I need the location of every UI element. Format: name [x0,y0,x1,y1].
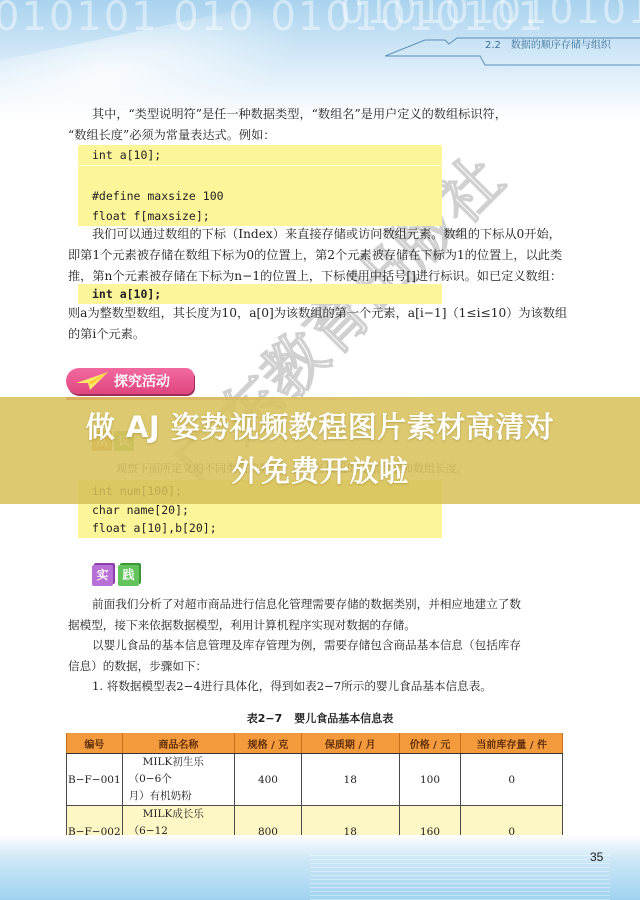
column-header: 保质期 / 月 [301,733,399,754]
code-line: float f[maxsize]; [78,206,442,226]
code-line: float a[10],b[20]; [78,519,442,537]
overlay-title-line: 外免费开放啦 [0,449,640,493]
text-line: 我们可以通过数组的下标（Index）来直接存储或访问数组元素。数组的下标从0开始… [68,224,578,245]
code-block-example-2: int a[10]; [78,284,442,304]
column-header: 编号 [67,733,123,754]
binary-decoration-right: 010101010101 [340,0,640,32]
code-line [78,166,442,186]
paragraph-array-syntax: 其中，“类型说明符”是任一种数据类型，“数组名”是用户定义的数组标识符， “数组… [68,104,578,146]
section-number: 2.2 [485,40,501,51]
paragraph-array-explanation: 则a为整数型数组，其长度为10，a[0]为该数组的第一个元素，a[i−1]（1≤… [68,303,578,345]
text-line: 其中，“类型说明符”是任一种数据类型，“数组名”是用户定义的数组标识符， [68,104,578,125]
table-caption: 表2−7婴儿食品基本信息表 [0,710,640,726]
code-line: int a[10]; [78,284,442,304]
overlay-banner: 做 AJ 姿势视频教程图片素材高清对 外免费开放啦 [0,397,640,504]
text-line: 信息）的数据，步骤如下： [68,656,578,677]
cell-stock: 0 [461,754,563,806]
section-heading: 2.2数据的顺序存储与组织 [485,36,611,51]
code-line: #define maxsize 100 [78,186,442,206]
text-line: 则a为整数型数组，其长度为10，a[0]为该数组的第一个元素，a[i−1]（1≤… [68,303,578,324]
cell-spec: 400 [235,754,302,806]
cell-id: B−F−001 [67,754,123,806]
practice-text: 前面我们分析了对超市商品进行信息化管理需要存储的数据类别，并相应地建立了数 据模… [68,594,578,697]
column-header: 价格 / 元 [399,733,461,754]
text-line: “数组长度”必须为常量表达式。例如： [68,125,578,146]
column-header: 规格 / 克 [235,733,302,754]
text-line: 前面我们分析了对超市商品进行信息化管理需要存储的数据类别，并相应地建立了数 [68,594,578,615]
name-line: 月）有机奶粉 [129,790,192,802]
cell-shelf-life: 18 [301,754,399,806]
step-text: 1. 将数据模型表2−4进行具体化，得到如表2−7所示的婴儿食品基本信息表。 [68,676,578,697]
table-number: 表2−7 [247,712,283,725]
cell-product-name: MILK初生乐（0−6个 月）有机奶粉 [122,754,234,806]
cell-price: 100 [399,754,461,806]
bottom-banner [0,835,640,900]
paragraph-array-index: 我们可以通过数组的下标（Index）来直接存储或访问数组元素。数组的下标从0开始… [68,224,578,287]
name-line: MILK初生乐（0−6个 [129,754,228,788]
column-header: 商品名称 [122,733,234,754]
column-header: 当前库存量 / 件 [461,733,563,754]
overlay-title: 做 AJ 姿势视频教程图片素材高清对 外免费开放啦 [0,405,640,493]
code-line: int a[10]; [78,145,442,166]
activity-badge-label: 探究活动 [114,371,170,391]
paper-plane-icon [74,370,110,396]
table-row: B−F−001 MILK初生乐（0−6个 月）有机奶粉 400 18 100 0 [67,754,563,806]
table-header-row: 编号 商品名称 规格 / 克 保质期 / 月 价格 / 元 当前库存量 / 件 [67,733,563,754]
code-block-example-1: int a[10]; #define maxsize 100 float f[m… [78,145,442,226]
badge-char: 实 [92,565,113,586]
decorative-grid [310,855,610,900]
table-title: 婴儿食品基本信息表 [294,712,393,725]
activity-badge: 探究活动 [66,368,194,394]
page-number: 35 [590,850,603,864]
text-line: 即第1个元素被存储在数组下标为0的位置上，第2个元素被存储在下标为1的位置上，以… [68,245,578,266]
practice-badge: 实践 [92,564,141,586]
text-line: 以婴儿食品的基本信息管理及库存管理为例，需要存储包含商品基本信息（包括库存 [68,635,578,656]
badge-char: 践 [118,565,139,586]
text-line: 据模型，接下来依据数据模型，利用计算机程序实现对数据的存储。 [68,615,578,636]
section-title: 数据的顺序存储与组织 [511,40,611,51]
overlay-title-line: 做 AJ 姿势视频教程图片素材高清对 [0,405,640,449]
text-line: 的第i个元素。 [68,324,578,345]
